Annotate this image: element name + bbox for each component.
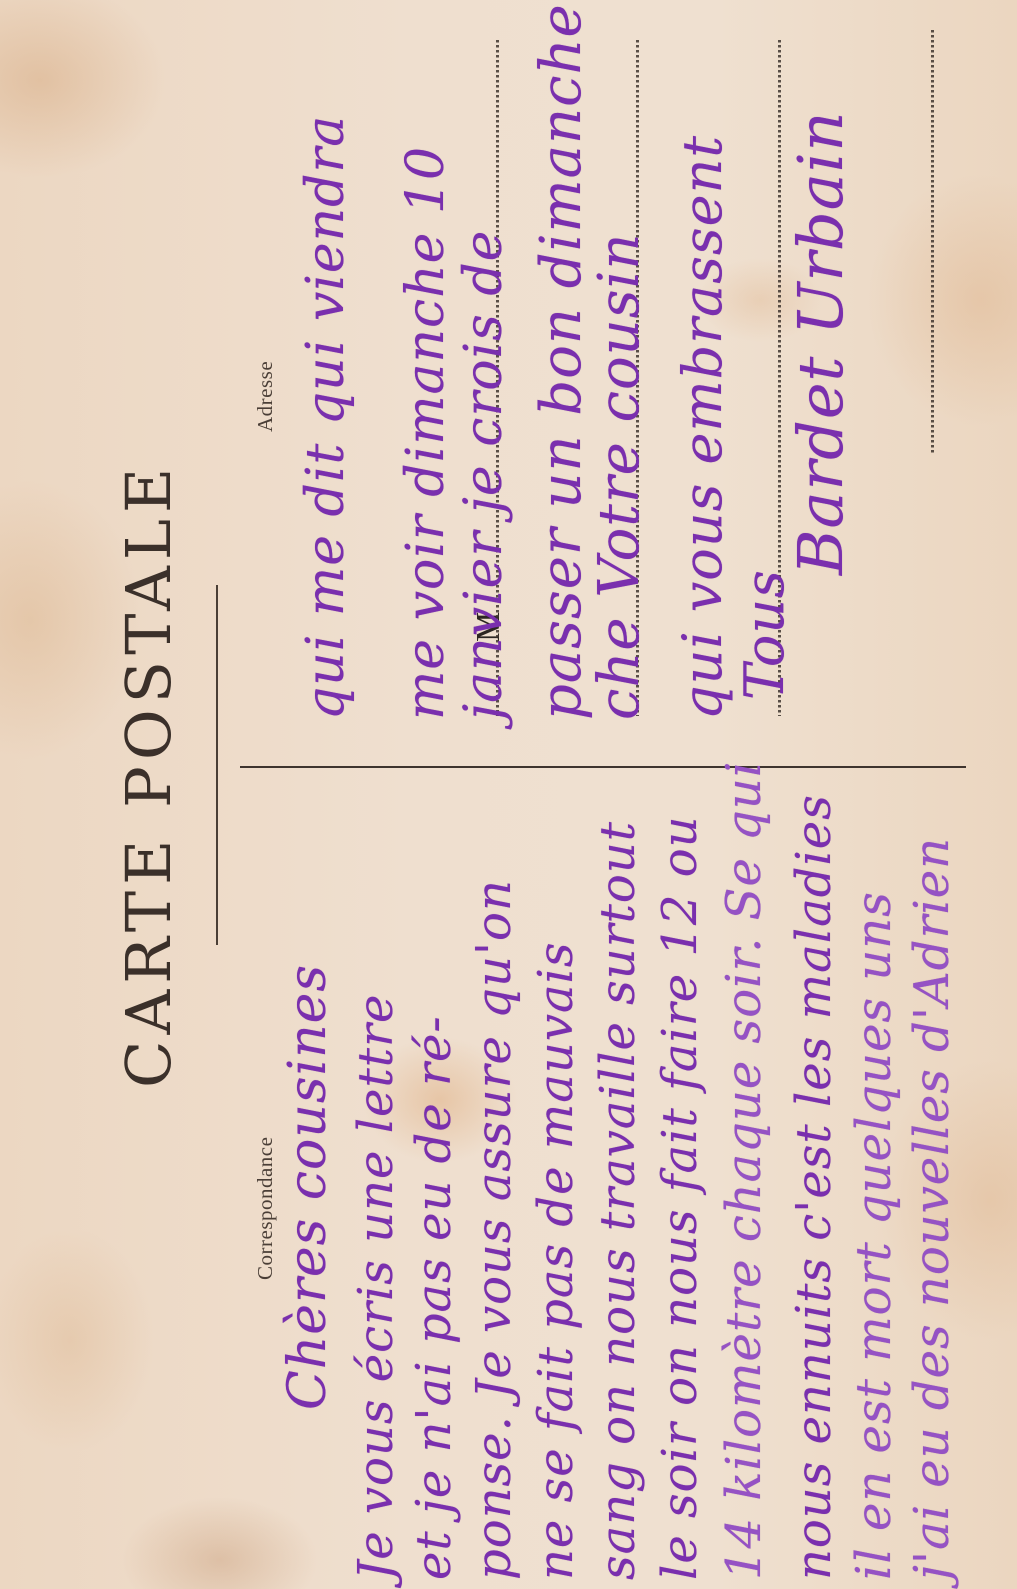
handwritten-line: che Votre cousin [592, 233, 648, 720]
address-label: Adresse [255, 361, 276, 432]
handwritten-line: qui me dit qui viendra [300, 115, 352, 720]
handwritten-line: 14 kilomètre chaque soir. Se qui [720, 761, 768, 1580]
address-line-4 [931, 30, 934, 455]
handwritten-line: Tous [738, 569, 792, 700]
correspondence-label: Correspondance [255, 1137, 276, 1280]
signature: Bardet Urbain [790, 111, 852, 575]
handwritten-line: le soir on nous fait faire 12 ou [656, 815, 704, 1580]
handwritten-line: qui vous embrassent [676, 135, 730, 720]
postcard-back: CARTE POSTALE Correspondance Adresse M C… [0, 0, 1017, 1589]
handwritten-line: me voir dimanche 10 [400, 146, 452, 720]
handwritten-line: Je vous écris une lettre [352, 994, 400, 1580]
handwritten-line: et je n'ai pas eu de ré- [410, 1015, 458, 1580]
handwritten-line: sang on nous travaille surtout [594, 821, 642, 1580]
handwritten-line: nous ennuits c'est les maladies [790, 794, 838, 1580]
handwritten-line: j'ai eu des nouvelles d'Adrien [908, 837, 956, 1580]
handwritten-line: passer un bon dimanche [534, 3, 590, 720]
handwritten-line: il en est mort quelques uns [850, 891, 898, 1580]
handwritten-line: janvier je crois de [458, 230, 510, 720]
handwritten-line: ne se fait pas de mauvais [532, 941, 580, 1580]
handwritten-line: ponse. Je vous assure qu'on [470, 879, 518, 1580]
postcard-title: CARTE POSTALE [118, 462, 180, 1088]
handwritten-line: Chères cousines [282, 964, 334, 1410]
title-divider-line [216, 585, 218, 945]
center-divider-line [240, 766, 966, 768]
